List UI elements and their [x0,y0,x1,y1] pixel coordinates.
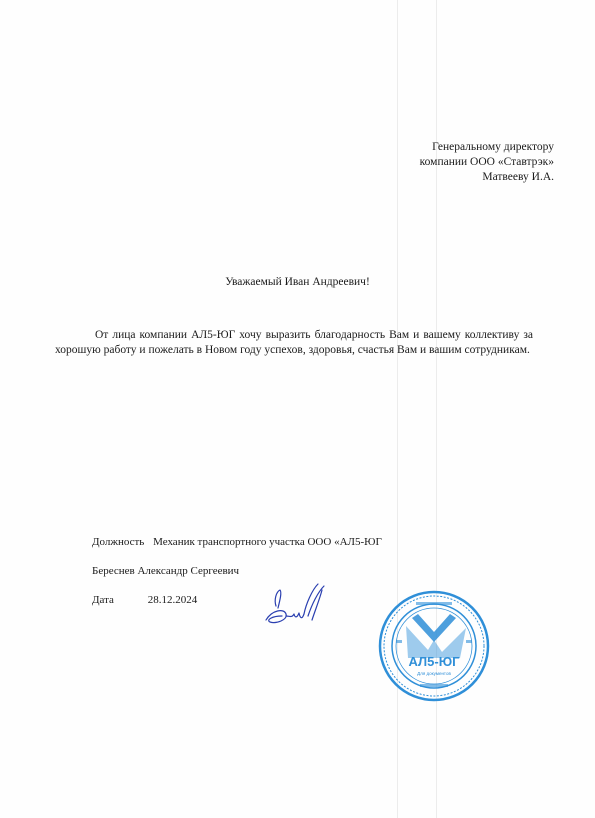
letter-body: От лица компании АЛ5-ЮГ хочу выразить бл… [55,328,533,358]
stamp-sub-text: Для документов [417,671,451,676]
signature-icon [262,580,352,640]
position-label: Должность [92,536,144,548]
addressee-line-company: компании ООО «Ставтрэк» [420,155,554,170]
addressee-block: Генеральному директору компании ООО «Ста… [420,140,554,185]
position-value: Механик транспортного участка ООО «АЛ5-Ю… [153,536,382,548]
date-line: Дата 28.12.2024 [92,594,197,606]
greeting: Уважаемый Иван Андреевич! [0,276,595,288]
stamp-center-text: АЛ5-ЮГ [408,654,460,669]
date-value: 28.12.2024 [148,594,198,606]
addressee-line-name: Матвееву И.А. [420,170,554,185]
company-stamp-icon: АЛ5-ЮГ Для документов [376,588,492,704]
date-label: Дата [92,594,145,606]
addressee-line-title: Генеральному директору [420,140,554,155]
position-line: Должность Механик транспортного участка … [92,536,382,548]
signer-name: Береснев Александр Сергеевич [92,565,239,577]
